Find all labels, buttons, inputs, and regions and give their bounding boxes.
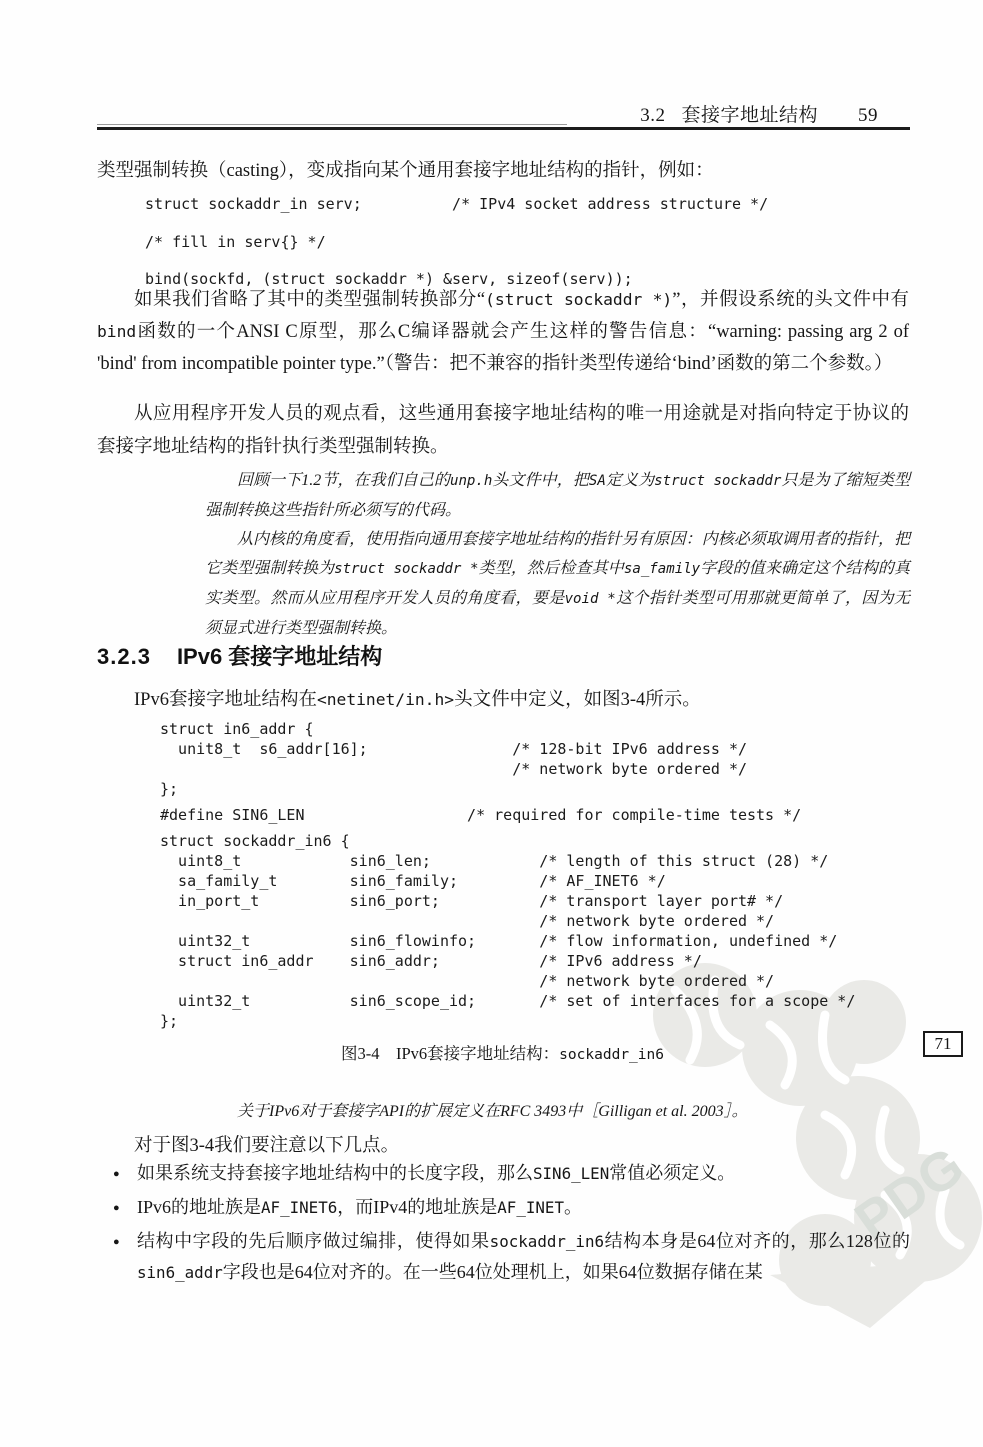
figure-caption: 图3-4 IPv6套接字地址结构：sockaddr_in6	[97, 1040, 908, 1064]
bullet-icon	[113, 1158, 137, 1192]
note-sa-paragraph-1: 回顾一下1.2节，在我们自己的unp.h头文件中，把SA定义为struct so…	[205, 466, 910, 525]
bullet-icon	[113, 1192, 137, 1226]
edge-page-number-box: 71	[923, 1031, 963, 1057]
note-rfc-3493: 关于IPv6对于套接字API的扩展定义在RFC 3493中［Gilligan e…	[237, 1097, 877, 1126]
figure-code-in6-addr: struct in6_addr { unit8_t s6_addr[16]; /…	[160, 719, 747, 799]
paragraph-omit-cast: 如果我们省略了其中的类型强制转换部分“(struct sockaddr *)”，…	[97, 284, 909, 380]
header-section-title: 套接字地址结构	[681, 105, 818, 126]
header-rule	[97, 127, 910, 130]
note-sa-definition: 回顾一下1.2节，在我们自己的unp.h头文件中，把SA定义为struct so…	[205, 466, 910, 643]
list-item: IPv6的地址族是AF_INET6，而IPv4的地址族是AF_INET。	[113, 1192, 910, 1226]
header-page-number: 59	[858, 105, 878, 126]
list-item-text: 结构中字段的先后顺序做过编排，使得如果sockaddr_in6结构本身是64位对…	[137, 1226, 910, 1288]
bullet-icon	[113, 1226, 137, 1288]
paragraph-cast-intro: 类型强制转换（casting），变成指向某个通用套接字地址结构的指针，例如：	[97, 155, 909, 187]
figure-code-sin6-len-define: #define SIN6_LEN /* required for compile…	[160, 805, 801, 825]
header-section-number: 3.2	[640, 105, 665, 126]
paragraph-developer-view: 从应用程序开发人员的观点看，这些通用套接字地址结构的唯一用途就是对指向特定于协议…	[97, 398, 909, 463]
paragraph-ipv6-intro: IPv6套接字地址结构在<netinet/in.h>头文件中定义，如图3-4所示…	[97, 684, 909, 716]
figure-code-sockaddr-in6: struct sockaddr_in6 { uint8_t sin6_len; …	[160, 831, 855, 1031]
code-snippet-sockaddr-in: struct sockaddr_in serv; /* IPv4 socket …	[145, 186, 768, 299]
page-content: 3.2套接字地址结构59 类型强制转换（casting），变成指向某个通用套接字…	[0, 0, 983, 1447]
header-rule-echo	[97, 124, 567, 125]
book-page: PDG 3.2套接字地址结构59 类型强制转换（casting），变成指向某个通…	[0, 0, 983, 1447]
note-sa-paragraph-2: 从内核的角度看，使用指向通用套接字地址结构的指针另有原因：内核必须取调用者的指针…	[205, 525, 910, 643]
section-heading-title: IPv6 套接字地址结构	[177, 644, 382, 669]
list-item-text: 如果系统支持套接字地址结构中的长度字段，那么SIN6_LEN常值必须定义。	[137, 1158, 910, 1192]
figure-points-list: 如果系统支持套接字地址结构中的长度字段，那么SIN6_LEN常值必须定义。 IP…	[113, 1158, 910, 1288]
section-heading-number: 3.2.3	[97, 644, 151, 669]
section-heading: 3.2.3IPv6 套接字地址结构	[97, 640, 382, 671]
list-item: 如果系统支持套接字地址结构中的长度字段，那么SIN6_LEN常值必须定义。	[113, 1158, 910, 1192]
list-item-text: IPv6的地址族是AF_INET6，而IPv4的地址族是AF_INET。	[137, 1192, 910, 1226]
running-header: 3.2套接字地址结构59	[97, 100, 908, 127]
list-item: 结构中字段的先后顺序做过编排，使得如果sockaddr_in6结构本身是64位对…	[113, 1226, 910, 1288]
